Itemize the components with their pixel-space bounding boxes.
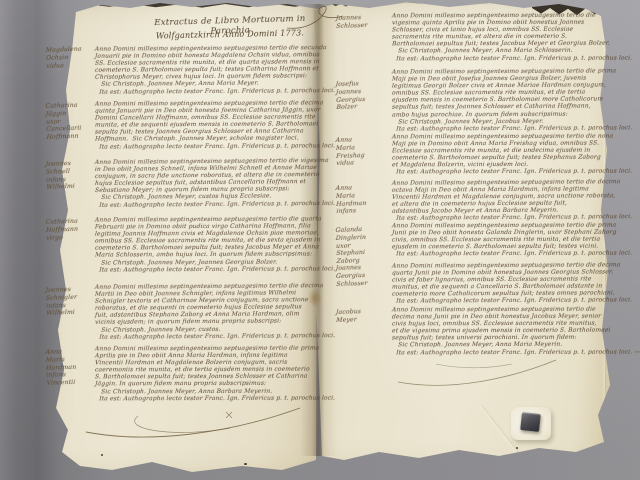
margin-name-line: virgo <box>46 233 92 242</box>
entry-body: Anno Domini millesimo septingentesimo se… <box>392 222 616 258</box>
margin-name: AnnaMariaFreishagvidua <box>335 135 390 168</box>
margin-name-line: Hoffmann <box>46 132 92 141</box>
charred-top-edge <box>372 0 532 4</box>
margin-name: JoannesSchnellinfansWilhelmi <box>45 159 92 192</box>
handwriting-line: Ita est: Authographo lecto testor Franc.… <box>392 348 616 356</box>
handwriting-line: Ita est: Authographo lecto testor Franc.… <box>392 124 616 132</box>
entry-body: Anno Domini millesimo septingentesimo se… <box>95 282 311 340</box>
handwriting-line: Ita est: Authographo lecto testor Franc.… <box>95 200 311 209</box>
margin-name: CatharinaJägginuxorCancellariiHoffmann <box>45 101 92 142</box>
handwriting-line: Ita est: Authographo lecto testor Franc.… <box>95 142 311 150</box>
entry-body: Anno Domini millesimo septingentesimo se… <box>95 44 311 95</box>
entry-body: Anno Domini millesimo septingentesimo se… <box>95 215 311 273</box>
scanning-weight-pad <box>511 407 551 440</box>
handwriting-line: Ita est: Authographo lecto testor Franc.… <box>392 54 616 62</box>
margin-name-line: Schlosser <box>336 279 390 289</box>
margin-name: JoannesSchlosser <box>336 13 391 30</box>
entry-body: Anno Domini millesimo septingentesimo se… <box>392 261 616 305</box>
margin-name: MagdalenaOchsinvidua <box>46 45 93 70</box>
pen-flourish <box>78 402 310 446</box>
handwriting-line: Ita est: Authographo lecto testor Franc.… <box>95 87 311 96</box>
margin-name-line: Wilhelmi <box>46 309 92 318</box>
entry-body: Anno Domini millesimo septingentesimo se… <box>392 133 616 176</box>
entry-body: Anno Domini millesimo septingentesimo se… <box>392 178 616 222</box>
entry-body: Anno Domini millesimo septingentesimo se… <box>392 12 616 62</box>
handwriting-line: Ita est: Authographo lecto testor Franc.… <box>95 265 311 273</box>
manuscript-scan-background: Extractus de Libro Mortuorum in Parochia… <box>0 0 640 480</box>
entry-body: Anno Domini millesimo septingentesimo se… <box>392 306 616 356</box>
margin-name: CatharinaHoffmannvirgo <box>46 217 93 242</box>
margin-name: GalandaDinglerinuxorStephaniZaborg <box>335 225 390 266</box>
margin-name: JosefusJoannesGeorgiusBolzer <box>335 79 390 112</box>
margin-name: AnnaMariaHardmaninfansVincentii <box>45 347 92 388</box>
margin-name: JacobusMeyer <box>336 307 391 324</box>
margin-name-line: Wilhelmi <box>46 183 92 192</box>
margin-name: JoannesSchniglerinfansWilhelmi <box>45 285 92 318</box>
handwriting-line: Ita est: Authographo lecto testor Franc.… <box>95 332 311 341</box>
margin-name: JoannesGeorgiusSchlosser <box>336 263 391 288</box>
pen-flourish <box>392 356 562 390</box>
entry-body: Anno Domini millesimo septingentesimo se… <box>95 345 311 403</box>
ink-speck <box>244 463 247 465</box>
margin-name-line: Schlosser <box>336 21 390 31</box>
handwriting-line: Ita est: Authographo lecto testor Franc.… <box>392 168 616 176</box>
ink-speck <box>101 454 103 456</box>
margin-name-line: Meyer <box>336 315 390 325</box>
margin-name: AnnaMariaHardmaninfans <box>335 183 390 216</box>
handwriting-line: Ita est: Authographo lecto testor Franc.… <box>392 250 616 258</box>
scanning-weight <box>520 412 541 432</box>
entry-body: Anno Domini millesimo septingentesimo se… <box>95 99 311 150</box>
handwriting-line: Ita est: Authographo lecto testor Franc.… <box>392 297 616 305</box>
margin-name-line: vidua <box>46 61 92 70</box>
margin-name-line: Vincentii <box>46 378 92 387</box>
ink-speck <box>516 447 518 449</box>
entry-body: Anno Domini millesimo septingentesimo se… <box>392 67 616 132</box>
entry-body: Anno Domini millesimo septingentesimo se… <box>95 157 311 209</box>
handwriting-line: Ita est: Authographo lecto testor Franc.… <box>95 394 311 402</box>
